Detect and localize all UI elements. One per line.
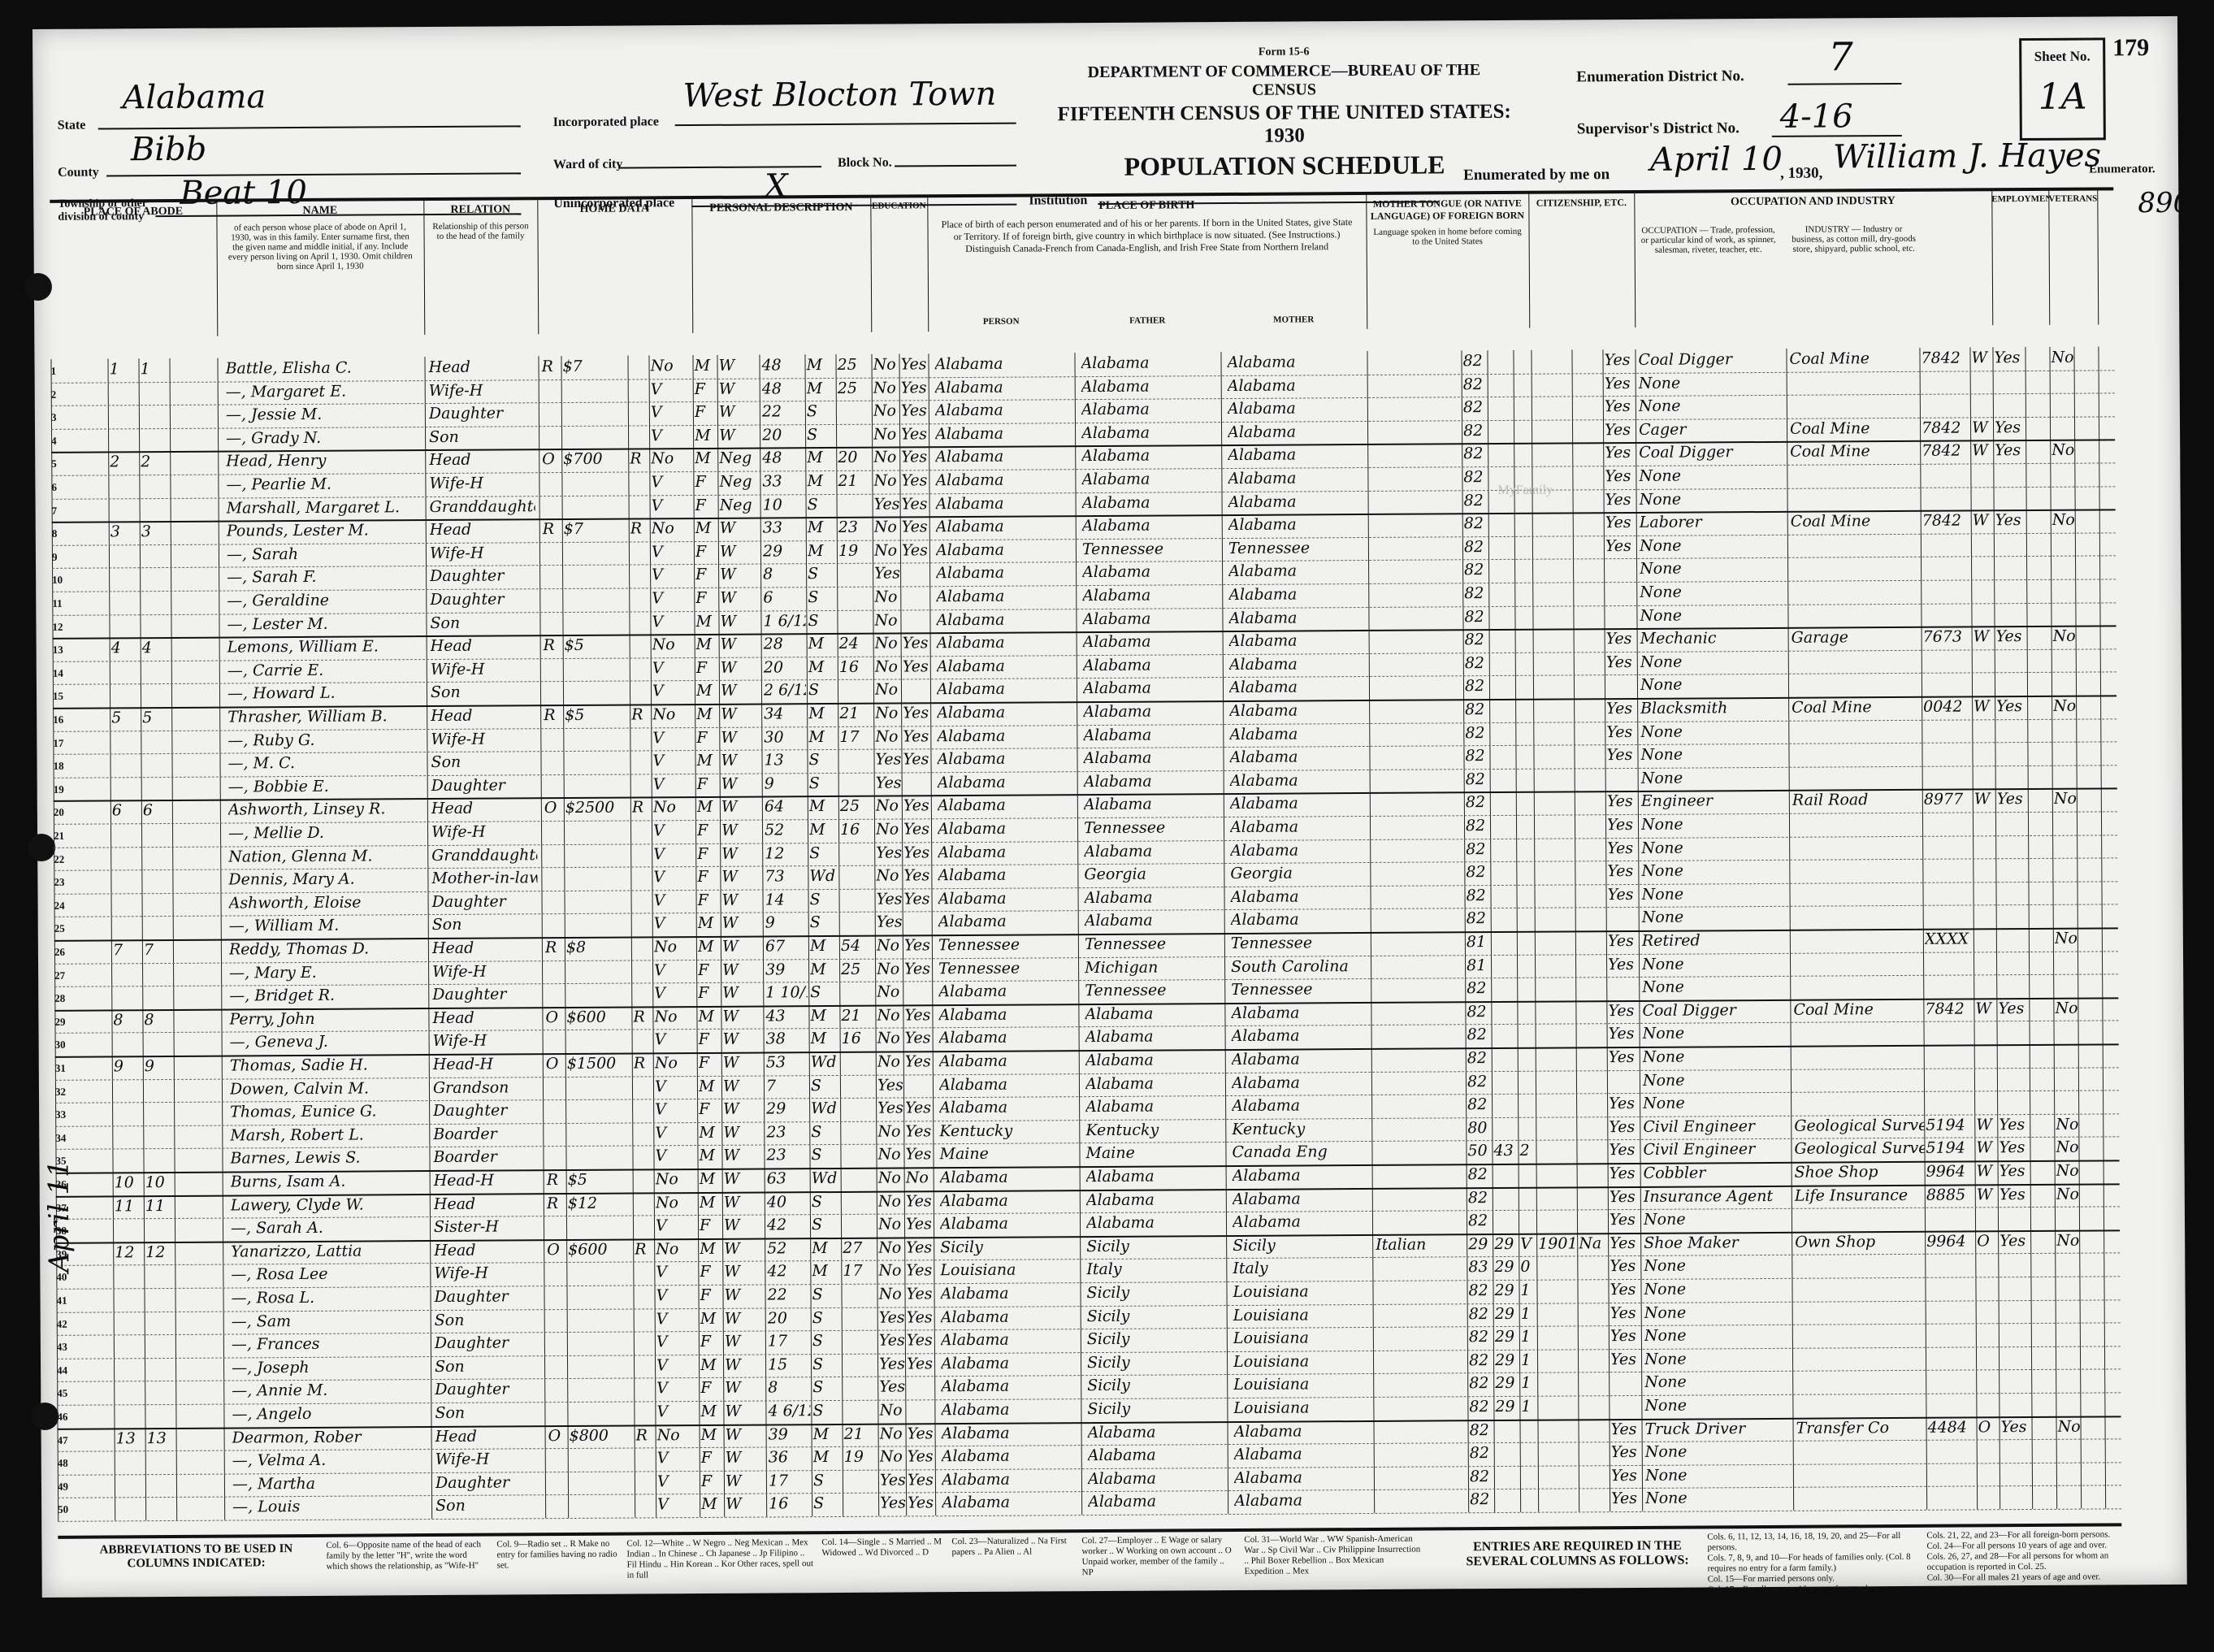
cell-owned: O [548, 1427, 566, 1445]
cell-birth: Alabama [935, 448, 1077, 466]
cell-sex: F [697, 891, 721, 909]
cell-birth: Alabama [941, 1400, 1083, 1419]
note-col9: Col. 9—Radio set .. R Make no entry for … [496, 1539, 618, 1572]
cell-family: 5 [142, 709, 167, 726]
cell-dwelling: 3 [110, 522, 135, 540]
cell-mother-tongue [1371, 422, 1460, 423]
cell-race: W [721, 658, 761, 676]
cell-name: Head, Henry [226, 451, 421, 470]
cell-race: Neg [719, 449, 760, 467]
cell-code-a: 82 [1470, 1444, 1493, 1462]
cell-code-a: 82 [1467, 1073, 1490, 1090]
cell-occ-code: 7842 [1922, 418, 1970, 436]
cell-mother-tongue [1371, 584, 1461, 585]
cell-sex: M [694, 357, 718, 375]
cell-line: 11 [52, 597, 73, 610]
cell-read: Yes [902, 541, 929, 559]
cell-occupation: None [1641, 838, 1787, 856]
cell-line: 28 [54, 992, 76, 1005]
cell-code-a: 82 [1464, 538, 1487, 556]
cell-father: Alabama [1085, 911, 1227, 930]
cell-birth: Alabama [938, 773, 1080, 791]
cell-race: W [721, 728, 761, 746]
cell-name: —, Margaret E. [226, 382, 421, 401]
cell-read: Yes [903, 820, 931, 838]
cell-farm: No [654, 938, 691, 956]
cell-mother-tongue [1375, 1119, 1464, 1120]
cell-farm: V [655, 1077, 691, 1095]
cell-farm: No [654, 1008, 691, 1025]
cell-speak-english: Yes [1610, 1327, 1640, 1345]
cell-worker-class: W [1973, 511, 1992, 529]
cell-marital: M [812, 1262, 841, 1280]
cell-birth: Alabama [938, 819, 1080, 838]
cell-race: W [722, 938, 763, 956]
cell-birth: Alabama [935, 401, 1077, 419]
cell-farm: V [653, 822, 690, 839]
cell-name: —, William M. [229, 916, 424, 934]
cell-mother-tongue [1376, 1281, 1465, 1282]
cell-occ-code: 8977 [1924, 791, 1973, 809]
cell-mother: Alabama [1232, 1026, 1374, 1045]
cell-first-marriage: 17 [843, 1262, 872, 1280]
cell-read: Yes [903, 634, 930, 652]
cell-marital: S [811, 1146, 840, 1164]
cell-age: 63 [767, 1169, 809, 1187]
cell-line: 25 [54, 922, 76, 935]
cell-farm: No [652, 705, 689, 723]
cell-code-b: 29 [1495, 1328, 1518, 1346]
cell-race: W [721, 798, 762, 816]
cell-marital: M [809, 821, 838, 839]
cell-father: Alabama [1085, 1097, 1228, 1116]
cell-race: W [722, 914, 763, 932]
cell-marital: Wd [812, 1169, 841, 1187]
cell-birth: Alabama [942, 1494, 1084, 1512]
cell-worker-class: W [1974, 697, 1993, 715]
cell-race: W [721, 752, 761, 770]
cell-race: W [721, 844, 762, 862]
cell-relation: Daughter [435, 1333, 540, 1352]
cell-first-marriage: 16 [839, 658, 869, 676]
cell-code-a: 82 [1468, 1212, 1491, 1229]
cell-code-c: 1 [1521, 1304, 1537, 1322]
cell-code-c: 1 [1521, 1328, 1537, 1346]
cell-occupation: None [1643, 1024, 1789, 1043]
cell-school: Yes [880, 1494, 906, 1512]
cell-mother: Louisiana [1233, 1282, 1375, 1301]
cell-school: No [875, 727, 901, 745]
cell-mother-tongue [1372, 654, 1462, 655]
cell-code-a: 82 [1465, 747, 1488, 765]
cell-occ-code: 9964 [1926, 1232, 1975, 1250]
cell-relation: Son [435, 1403, 540, 1422]
cell-code-c: 1 [1521, 1374, 1537, 1392]
sheet-number-box: Sheet No. 1A [2019, 37, 2106, 141]
cell-relation: Head-H [434, 1171, 539, 1190]
cell-sex: M [698, 938, 722, 956]
cell-naturalization: Na [1579, 1234, 1608, 1252]
cell-occupation: None [1640, 605, 1786, 624]
cell-mother: Alabama [1228, 423, 1370, 441]
cell-sex: M [699, 1147, 723, 1164]
cell-father: Alabama [1086, 1190, 1228, 1209]
cell-worker-class: W [1977, 1162, 1996, 1180]
cell-occupation: None [1640, 653, 1787, 671]
cell-occupation: Civil Engineer [1643, 1140, 1789, 1159]
cell-father: Tennessee [1085, 981, 1227, 999]
cell-school: No [878, 1262, 904, 1280]
form-title-block: Form 15-6 DEPARTMENT OF COMMERCE—BUREAU … [1056, 45, 1512, 182]
cell-name: Dearmon, Rober [232, 1428, 427, 1446]
cell-name: —, Pearlie M. [226, 475, 421, 493]
cell-mother-tongue [1372, 700, 1462, 701]
cell-race: W [723, 1030, 764, 1048]
cell-farm: V [654, 914, 691, 932]
cell-father: Alabama [1086, 1167, 1228, 1186]
cell-mother-tongue [1372, 747, 1462, 748]
cell-name: —, Sarah [227, 544, 422, 563]
cell-marital: S [808, 612, 837, 630]
cell-occupation: None [1641, 885, 1787, 904]
cell-mother: Tennessee [1231, 934, 1373, 952]
cell-father: Alabama [1081, 400, 1224, 418]
cell-mother: Tennessee [1228, 539, 1371, 557]
state-label: State [58, 119, 86, 133]
cell-family: 9 [145, 1057, 169, 1075]
cell-code-a: 82 [1466, 863, 1488, 881]
cell-mother: Alabama [1233, 1166, 1375, 1185]
cell-race: W [721, 682, 761, 700]
cell-code-a: 82 [1467, 1095, 1490, 1113]
cell-read: Yes [906, 1262, 934, 1280]
cell-industry [1792, 768, 1922, 769]
cell-line: 47 [58, 1433, 79, 1446]
cell-code-a: 82 [1467, 979, 1489, 997]
cell-father: Alabama [1083, 679, 1225, 697]
cell-mother-tongue [1370, 352, 1459, 353]
cell-sex: F [697, 844, 721, 862]
cell-father: Alabama [1086, 1213, 1228, 1232]
cell-relation: Boarder [433, 1148, 539, 1167]
cell-occupation: None [1645, 1489, 1792, 1507]
cell-marital: M [808, 658, 838, 676]
cell-radio: R [636, 1426, 654, 1444]
cell-code-a: 82 [1463, 398, 1486, 416]
cell-age: 48 [761, 356, 804, 374]
cell-birth: Alabama [936, 587, 1078, 605]
cell-mother: Canada Eng [1232, 1143, 1374, 1161]
cell-first-marriage: 19 [838, 542, 868, 560]
cell-relation: Head [435, 1427, 541, 1446]
cell-birth: Alabama [936, 540, 1078, 559]
enum-district-label: Enumeration District No. [1576, 67, 1744, 86]
cell-read: Yes [903, 843, 931, 861]
cell-line: 34 [55, 1131, 76, 1144]
cell-birth: Alabama [938, 796, 1080, 815]
cell-code-a: 82 [1464, 492, 1487, 509]
cell-father: Alabama [1085, 1004, 1227, 1023]
cell-mother: Alabama [1228, 609, 1371, 627]
cell-occupation: None [1639, 397, 1785, 415]
cell-relation: Wife-H [430, 544, 535, 562]
cell-mother-tongue [1376, 1305, 1466, 1306]
cell-farm: V [652, 496, 688, 514]
cell-father: Tennessee [1085, 934, 1227, 953]
cell-dwelling: 7 [113, 941, 137, 959]
cell-code-a: 82 [1463, 444, 1486, 462]
cell-code-a: 82 [1469, 1421, 1492, 1439]
cell-line: 4 [51, 435, 72, 448]
cell-mother-tongue [1375, 1049, 1464, 1050]
cell-birth: Maine [939, 1145, 1081, 1164]
cell-farm: V [656, 1333, 693, 1351]
cell-age: 15 [768, 1355, 810, 1373]
cell-read: Yes [903, 866, 931, 884]
cell-line: 9 [52, 551, 73, 564]
cell-code-a: 82 [1466, 793, 1488, 811]
cell-dwelling: 4 [111, 639, 136, 657]
cell-family: 4 [142, 639, 167, 657]
cell-read: Yes [908, 1447, 935, 1465]
cell-code-a: 82 [1466, 887, 1488, 904]
cell-father: Alabama [1088, 1492, 1230, 1511]
cell-birth: Tennessee [938, 935, 1081, 954]
cell-school: No [875, 635, 901, 653]
cell-mother-tongue [1373, 863, 1462, 864]
cell-name: —, Carrie E. [227, 661, 422, 679]
cell-occupation: None [1642, 978, 1788, 996]
cell-name: Lawery, Clyde W. [231, 1195, 426, 1214]
cell-marital: M [807, 449, 836, 466]
cell-read: Yes [907, 1308, 934, 1326]
cell-line: 21 [54, 830, 75, 843]
cell-name: Ashworth, Eloise [229, 893, 424, 912]
cell-birth: Alabama [937, 680, 1079, 699]
cell-speak-english: Yes [1609, 1048, 1638, 1066]
cell-code-a: 82 [1470, 1490, 1493, 1508]
cell-mother: Louisiana [1233, 1352, 1376, 1371]
cell-school: No [878, 1169, 904, 1186]
cell-code-a: 82 [1466, 817, 1488, 835]
cell-father: Alabama [1081, 446, 1224, 465]
cell-speak-english: Yes [1610, 1304, 1640, 1322]
cell-occupation: Coal Digger [1642, 1001, 1788, 1020]
cell-relation: Head [432, 1008, 538, 1027]
cell-first-marriage: 17 [839, 727, 869, 745]
cell-relation: Sister-H [434, 1217, 539, 1236]
supervisor-district-label: Supervisor's District No. [1577, 119, 1740, 138]
cell-birth: Alabama [940, 1191, 1082, 1210]
cell-read: Yes [906, 1238, 934, 1256]
cell-industry [1795, 1255, 1925, 1256]
cell-name: Marshall, Margaret L. [227, 498, 422, 517]
cell-value: $5 [565, 636, 630, 654]
cell-race: W [724, 1216, 765, 1234]
cell-name: —, Geneva J. [230, 1032, 425, 1051]
cell-occ-code: 7842 [1921, 349, 1969, 366]
cell-marital: S [812, 1216, 841, 1234]
cell-relation: Wife-H [433, 1032, 539, 1051]
cell-name: Thomas, Sadie H. [230, 1056, 425, 1074]
cell-occupation: None [1640, 559, 1786, 578]
cell-age: 64 [765, 798, 807, 816]
cell-industry [1796, 1465, 1926, 1466]
cell-mother: Alabama [1228, 376, 1370, 395]
cell-value: $5 [568, 1171, 633, 1189]
cell-marital: M [807, 472, 836, 490]
cell-school: No [877, 1052, 903, 1070]
cell-mother: Alabama [1228, 585, 1371, 604]
cell-father: Kentucky [1085, 1121, 1228, 1139]
cell-relation: Son [435, 1357, 540, 1376]
colgroup-occupation: OCCUPATION AND INDUSTRY OCCUPATION — Tra… [1634, 191, 1993, 327]
cell-school: No [878, 1238, 904, 1256]
cell-code-a: 82 [1469, 1305, 1492, 1323]
cell-mother-tongue [1376, 1375, 1466, 1376]
cell-veteran: No [2051, 349, 2075, 366]
cell-code-a: 83 [1468, 1258, 1491, 1276]
enumerated-label: Enumerated by me on [1463, 166, 1610, 184]
cell-name: —, Sarah F. [227, 567, 422, 586]
cell-father: Michigan [1085, 958, 1227, 977]
cell-mother: Sicily [1233, 1236, 1375, 1255]
cell-age: 48 [762, 379, 804, 397]
cell-industry: Geological Survey [1794, 1117, 1924, 1135]
cell-line: 19 [54, 783, 75, 796]
cell-code-b: 29 [1494, 1235, 1517, 1253]
cell-speak-english: Yes [1610, 1257, 1639, 1275]
cell-speak-english: Yes [1609, 1095, 1638, 1112]
cell-sex: M [700, 1170, 724, 1188]
cell-code-a: 82 [1464, 561, 1487, 579]
colgroup-veterans: VETERANS [2048, 190, 2099, 324]
cell-marital: M [808, 635, 838, 653]
cell-read: Yes [903, 890, 931, 908]
cell-school: No [879, 1401, 905, 1419]
cell-birth: Alabama [937, 633, 1079, 652]
cell-relation: Head [429, 451, 535, 470]
cell-mother-tongue [1377, 1444, 1467, 1445]
cell-marital: Wd [811, 1053, 840, 1071]
cell-code-a: 82 [1467, 1025, 1490, 1043]
required-notes-1: Cols. 6, 11, 12, 13, 14, 16, 18, 19, 20,… [1707, 1531, 1918, 1596]
cell-race: W [724, 1193, 765, 1211]
cell-name: —, Sarah A. [231, 1218, 426, 1237]
cell-father: Tennessee [1082, 540, 1224, 558]
cell-industry [1793, 930, 1923, 931]
cell-occ-code: 5194 [1926, 1116, 1974, 1134]
cell-occupation: None [1643, 1094, 1789, 1112]
cell-farm: V [652, 589, 688, 607]
cell-occupation: None [1641, 769, 1787, 787]
cell-school: No [877, 936, 903, 954]
cell-marital: S [809, 774, 838, 792]
cell-occupation: None [1644, 1372, 1791, 1391]
cell-school: No [874, 611, 900, 629]
cell-radio: R [630, 450, 648, 468]
cell-family: 6 [143, 801, 167, 819]
cell-mother-tongue [1375, 1143, 1464, 1143]
cell-read: Yes [902, 495, 929, 513]
cell-occupation: None [1644, 1350, 1791, 1368]
cell-school: Yes [875, 751, 901, 769]
cell-read: Yes [906, 1285, 934, 1303]
cell-code-a: 80 [1467, 1119, 1490, 1137]
cell-read: Yes [902, 518, 929, 535]
cell-father: Sicily [1087, 1307, 1229, 1325]
colgroup-mother-tongue: MOTHER TONGUE (OR NATIVE LANGUAGE) OF FO… [1366, 194, 1530, 329]
cell-speak-english: Yes [1607, 862, 1636, 880]
cell-school: No [873, 425, 899, 443]
abbreviations-title: ABBREVIATIONS TO BE USED IN COLUMNS INDI… [82, 1542, 310, 1572]
cell-mother: Alabama [1231, 1004, 1373, 1022]
colgroup-name: NAMEof each person whose place of abode … [216, 201, 425, 336]
cell-read: Yes [903, 750, 930, 768]
cell-occupation: None [1644, 1396, 1791, 1415]
cell-father: Sicily [1087, 1376, 1229, 1394]
cell-industry [1791, 488, 1921, 489]
cell-industry [1792, 861, 1922, 861]
cell-age: 48 [762, 449, 804, 467]
cell-worker-class: W [1974, 627, 1993, 645]
cell-name: —, Frances [232, 1334, 427, 1353]
cell-code-a: 82 [1463, 468, 1486, 486]
county-label: County [58, 166, 99, 180]
cell-race: W [721, 705, 761, 723]
cell-speak-english: Yes [1607, 816, 1636, 834]
cell-mother-tongue [1371, 608, 1461, 609]
cell-race: W [721, 635, 761, 653]
side-number: 8901 [2138, 187, 2208, 220]
cell-industry: Garage [1792, 628, 1922, 647]
cell-farm: V [653, 868, 690, 886]
cell-code-a: 82 [1465, 724, 1488, 742]
cell-age: 42 [767, 1216, 809, 1234]
cell-age: 23 [766, 1123, 808, 1141]
cell-sex: M [700, 1240, 724, 1258]
cell-radio: R [632, 799, 650, 817]
cell-farm: V [651, 403, 687, 421]
cell-relation: Wife-H [431, 660, 536, 679]
cell-owned: R [543, 520, 561, 538]
cell-race: W [722, 1007, 763, 1025]
cell-line: 32 [55, 1085, 76, 1098]
cell-owned: R [547, 1171, 565, 1189]
cell-first-marriage: 21 [844, 1424, 873, 1442]
cell-industry [1796, 1372, 1926, 1372]
cell-code-a: 82 [1468, 1189, 1491, 1207]
cell-owned: R [544, 636, 561, 654]
cell-father: Alabama [1082, 516, 1224, 535]
cell-father: Tennessee [1084, 818, 1226, 837]
cell-farm: V [653, 891, 690, 909]
enumerator-name: William J. Hayes [1833, 137, 2101, 176]
cell-occ-code: 8885 [1926, 1186, 1975, 1203]
cell-industry [1791, 582, 1921, 583]
cell-occupation: None [1640, 675, 1787, 694]
cell-father: Alabama [1083, 702, 1225, 721]
colgroup-relation: RELATIONRelationship of this person to t… [423, 200, 539, 335]
cell-farm: No [655, 1054, 691, 1072]
cell-immigration: 1901 [1538, 1234, 1575, 1252]
cell-school: No [878, 1192, 904, 1210]
cell-speak-english: Yes [1605, 397, 1634, 415]
cell-mother: Alabama [1234, 1468, 1376, 1487]
cell-name: Ashworth, Linsey R. [228, 800, 423, 818]
note-col31: Col. 31—World War .. WW Spanish-American… [1244, 1534, 1423, 1577]
cell-race: W [723, 1147, 764, 1164]
